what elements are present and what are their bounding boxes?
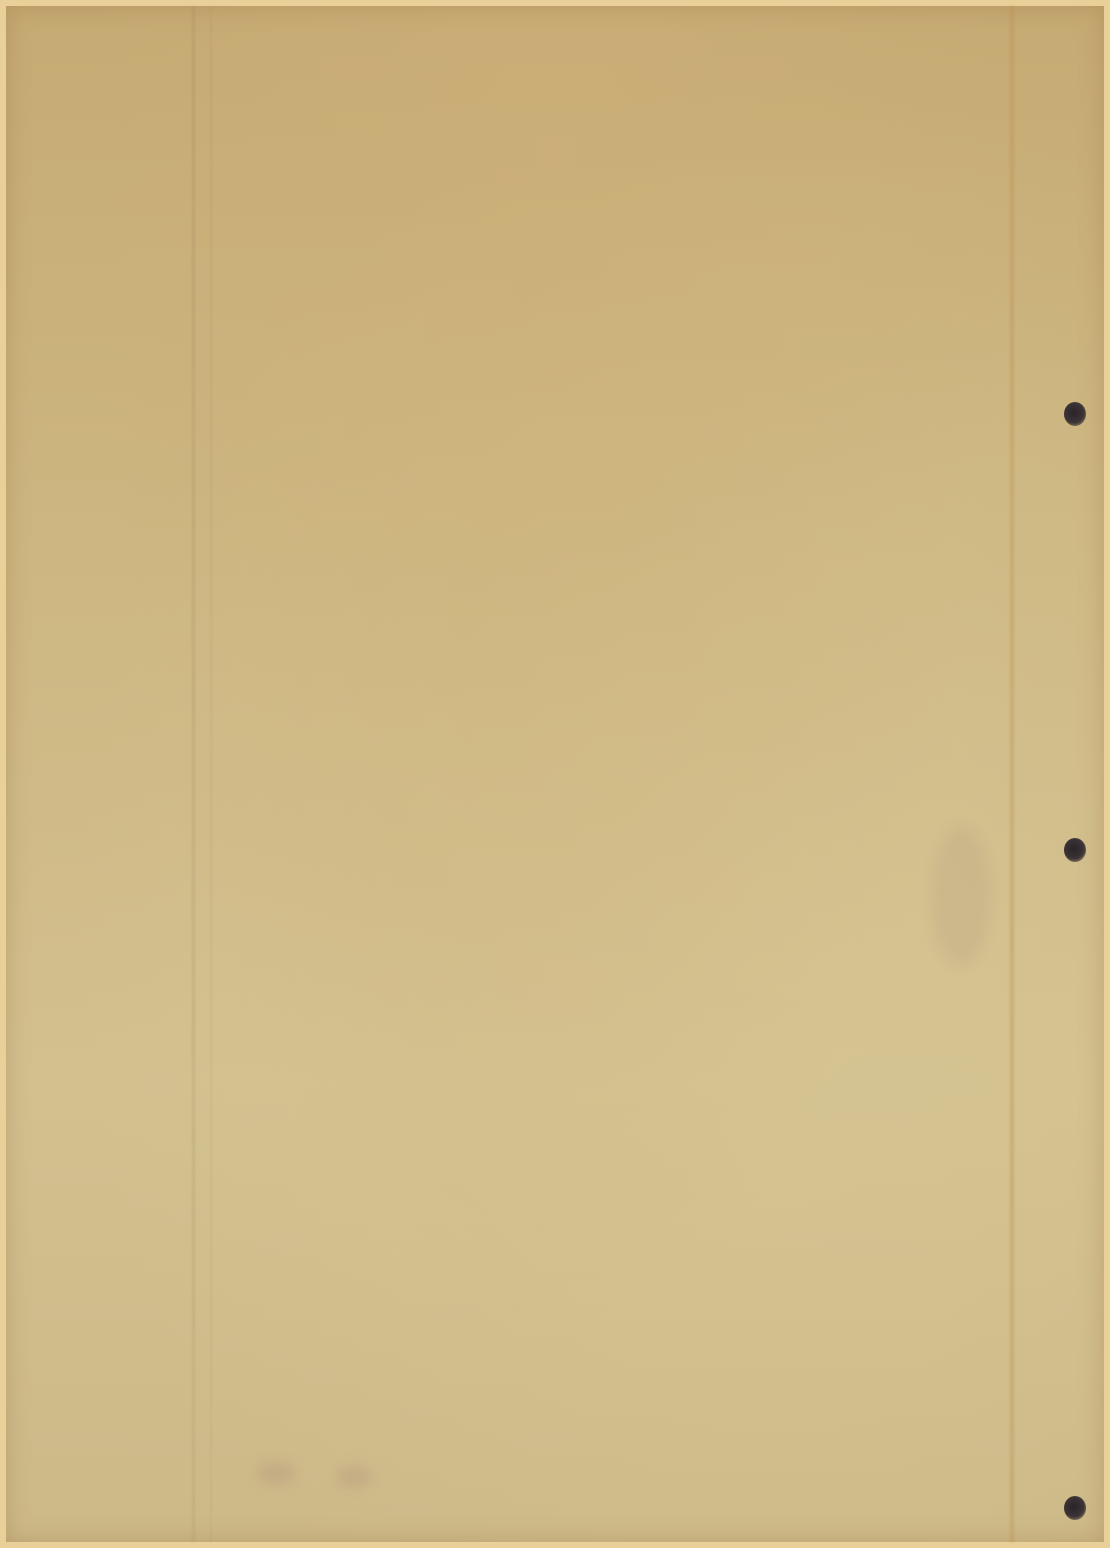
- stain: [256, 1461, 296, 1485]
- ink-bleed-through: [36, 391, 616, 461]
- binder-hole: [1064, 1496, 1086, 1520]
- column-rule: [1010, 6, 1014, 1542]
- binder-hole: [1064, 838, 1086, 862]
- document-page: [6, 6, 1104, 1542]
- stain: [336, 1466, 372, 1488]
- binder-hole: [1064, 402, 1086, 426]
- column-rule: [192, 6, 195, 1542]
- stain: [931, 826, 991, 966]
- column-rule: [210, 6, 212, 1542]
